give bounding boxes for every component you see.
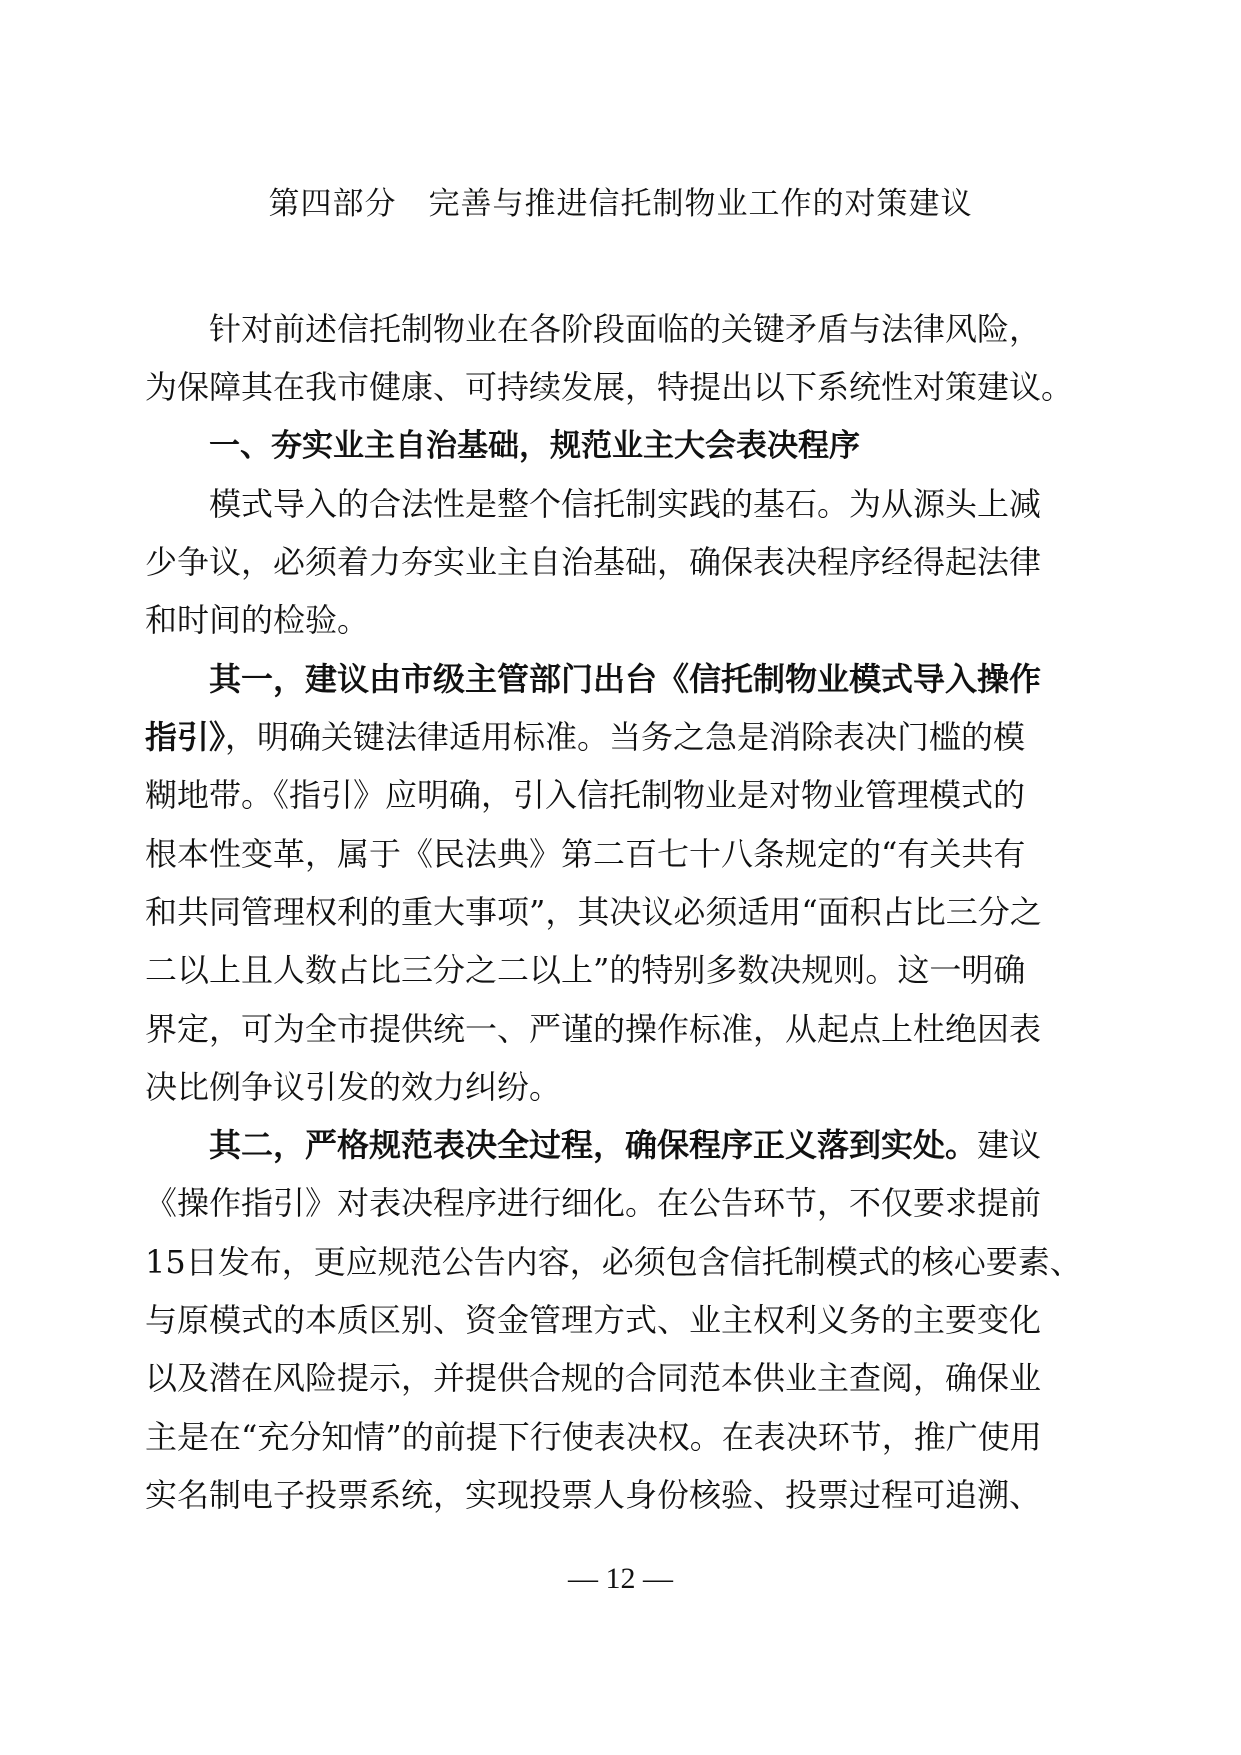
point-2-line-3: 15日发布，更应规范公告内容，必须包含信托制模式的核心要素、	[145, 1233, 971, 1291]
page-number: — 12 —	[0, 1562, 1241, 1596]
document-body: 针对前述信托制物业在各阶段面临的关键矛盾与法律风险， 为保障其在我市健康、可持续…	[145, 300, 971, 1524]
para-1-line-3: 和时间的检验。	[145, 591, 971, 649]
page-title: 第四部分 完善与推进信托制物业工作的对策建议	[0, 178, 1241, 223]
point-1-line-5: 和共同管理权利的重大事项”，其决议必须适用“面积占比三分之	[145, 883, 971, 941]
intro-line-2: 为保障其在我市健康、可持续发展，特提出以下系统性对策建议。	[145, 358, 971, 416]
point-1-line-4: 根本性变革，属于《民法典》第二百七十八条规定的“有关共有	[145, 825, 971, 883]
point-1-bold-line: 其一，建议由市级主管部门出台《信托制物业模式导入操作	[145, 650, 971, 708]
point-2-line-1: 其二，严格规范表决全过程，确保程序正义落到实处。建议	[145, 1116, 971, 1174]
para-1-line-1: 模式导入的合法性是整个信托制实践的基石。为从源头上减	[145, 475, 971, 533]
point-2-line-6: 主是在“充分知情”的前提下行使表决权。在表决环节，推广使用	[145, 1408, 971, 1466]
point-1-line-3: 糊地带。《指引》应明确，引入信托制物业是对物业管理模式的	[145, 766, 971, 824]
point-1-line-2-rest: ，明确关键法律适用标准。当务之急是消除表决门槛的模	[225, 718, 1025, 756]
point-2-bold-lead: 其二，严格规范表决全过程，确保程序正义落到实处。	[209, 1126, 977, 1164]
para-1-line-2: 少争议，必须着力夯实业主自治基础，确保表决程序经得起法律	[145, 533, 971, 591]
point-2-line-5: 以及潜在风险提示，并提供合规的合同范本供业主查阅，确保业	[145, 1349, 971, 1407]
point-1-line-6: 二以上且人数占比三分之二以上”的特别多数决规则。这一明确	[145, 941, 971, 999]
document-page: 第四部分 完善与推进信托制物业工作的对策建议 针对前述信托制物业在各阶段面临的关…	[0, 0, 1241, 1755]
point-1-line-7: 界定，可为全市提供统一、严谨的操作标准，从起点上杜绝因表	[145, 1000, 971, 1058]
point-2-line-2: 《操作指引》对表决程序进行细化。在公告环节，不仅要求提前	[145, 1174, 971, 1232]
intro-line-1: 针对前述信托制物业在各阶段面临的关键矛盾与法律风险，	[145, 300, 971, 358]
point-1-line-8: 决比例争议引发的效力纠纷。	[145, 1058, 971, 1116]
point-1-line-2: 指引》，明确关键法律适用标准。当务之急是消除表决门槛的模	[145, 708, 971, 766]
point-2-line-7: 实名制电子投票系统，实现投票人身份核验、投票过程可追溯、	[145, 1466, 971, 1524]
point-1-bold-lead: 指引》	[145, 718, 225, 756]
point-2-line-4: 与原模式的本质区别、资金管理方式、业主权利义务的主要变化	[145, 1291, 971, 1349]
section-heading-1: 一、夯实业主自治基础，规范业主大会表决程序	[145, 417, 971, 475]
point-2-line-1-rest: 建议	[977, 1126, 1041, 1164]
